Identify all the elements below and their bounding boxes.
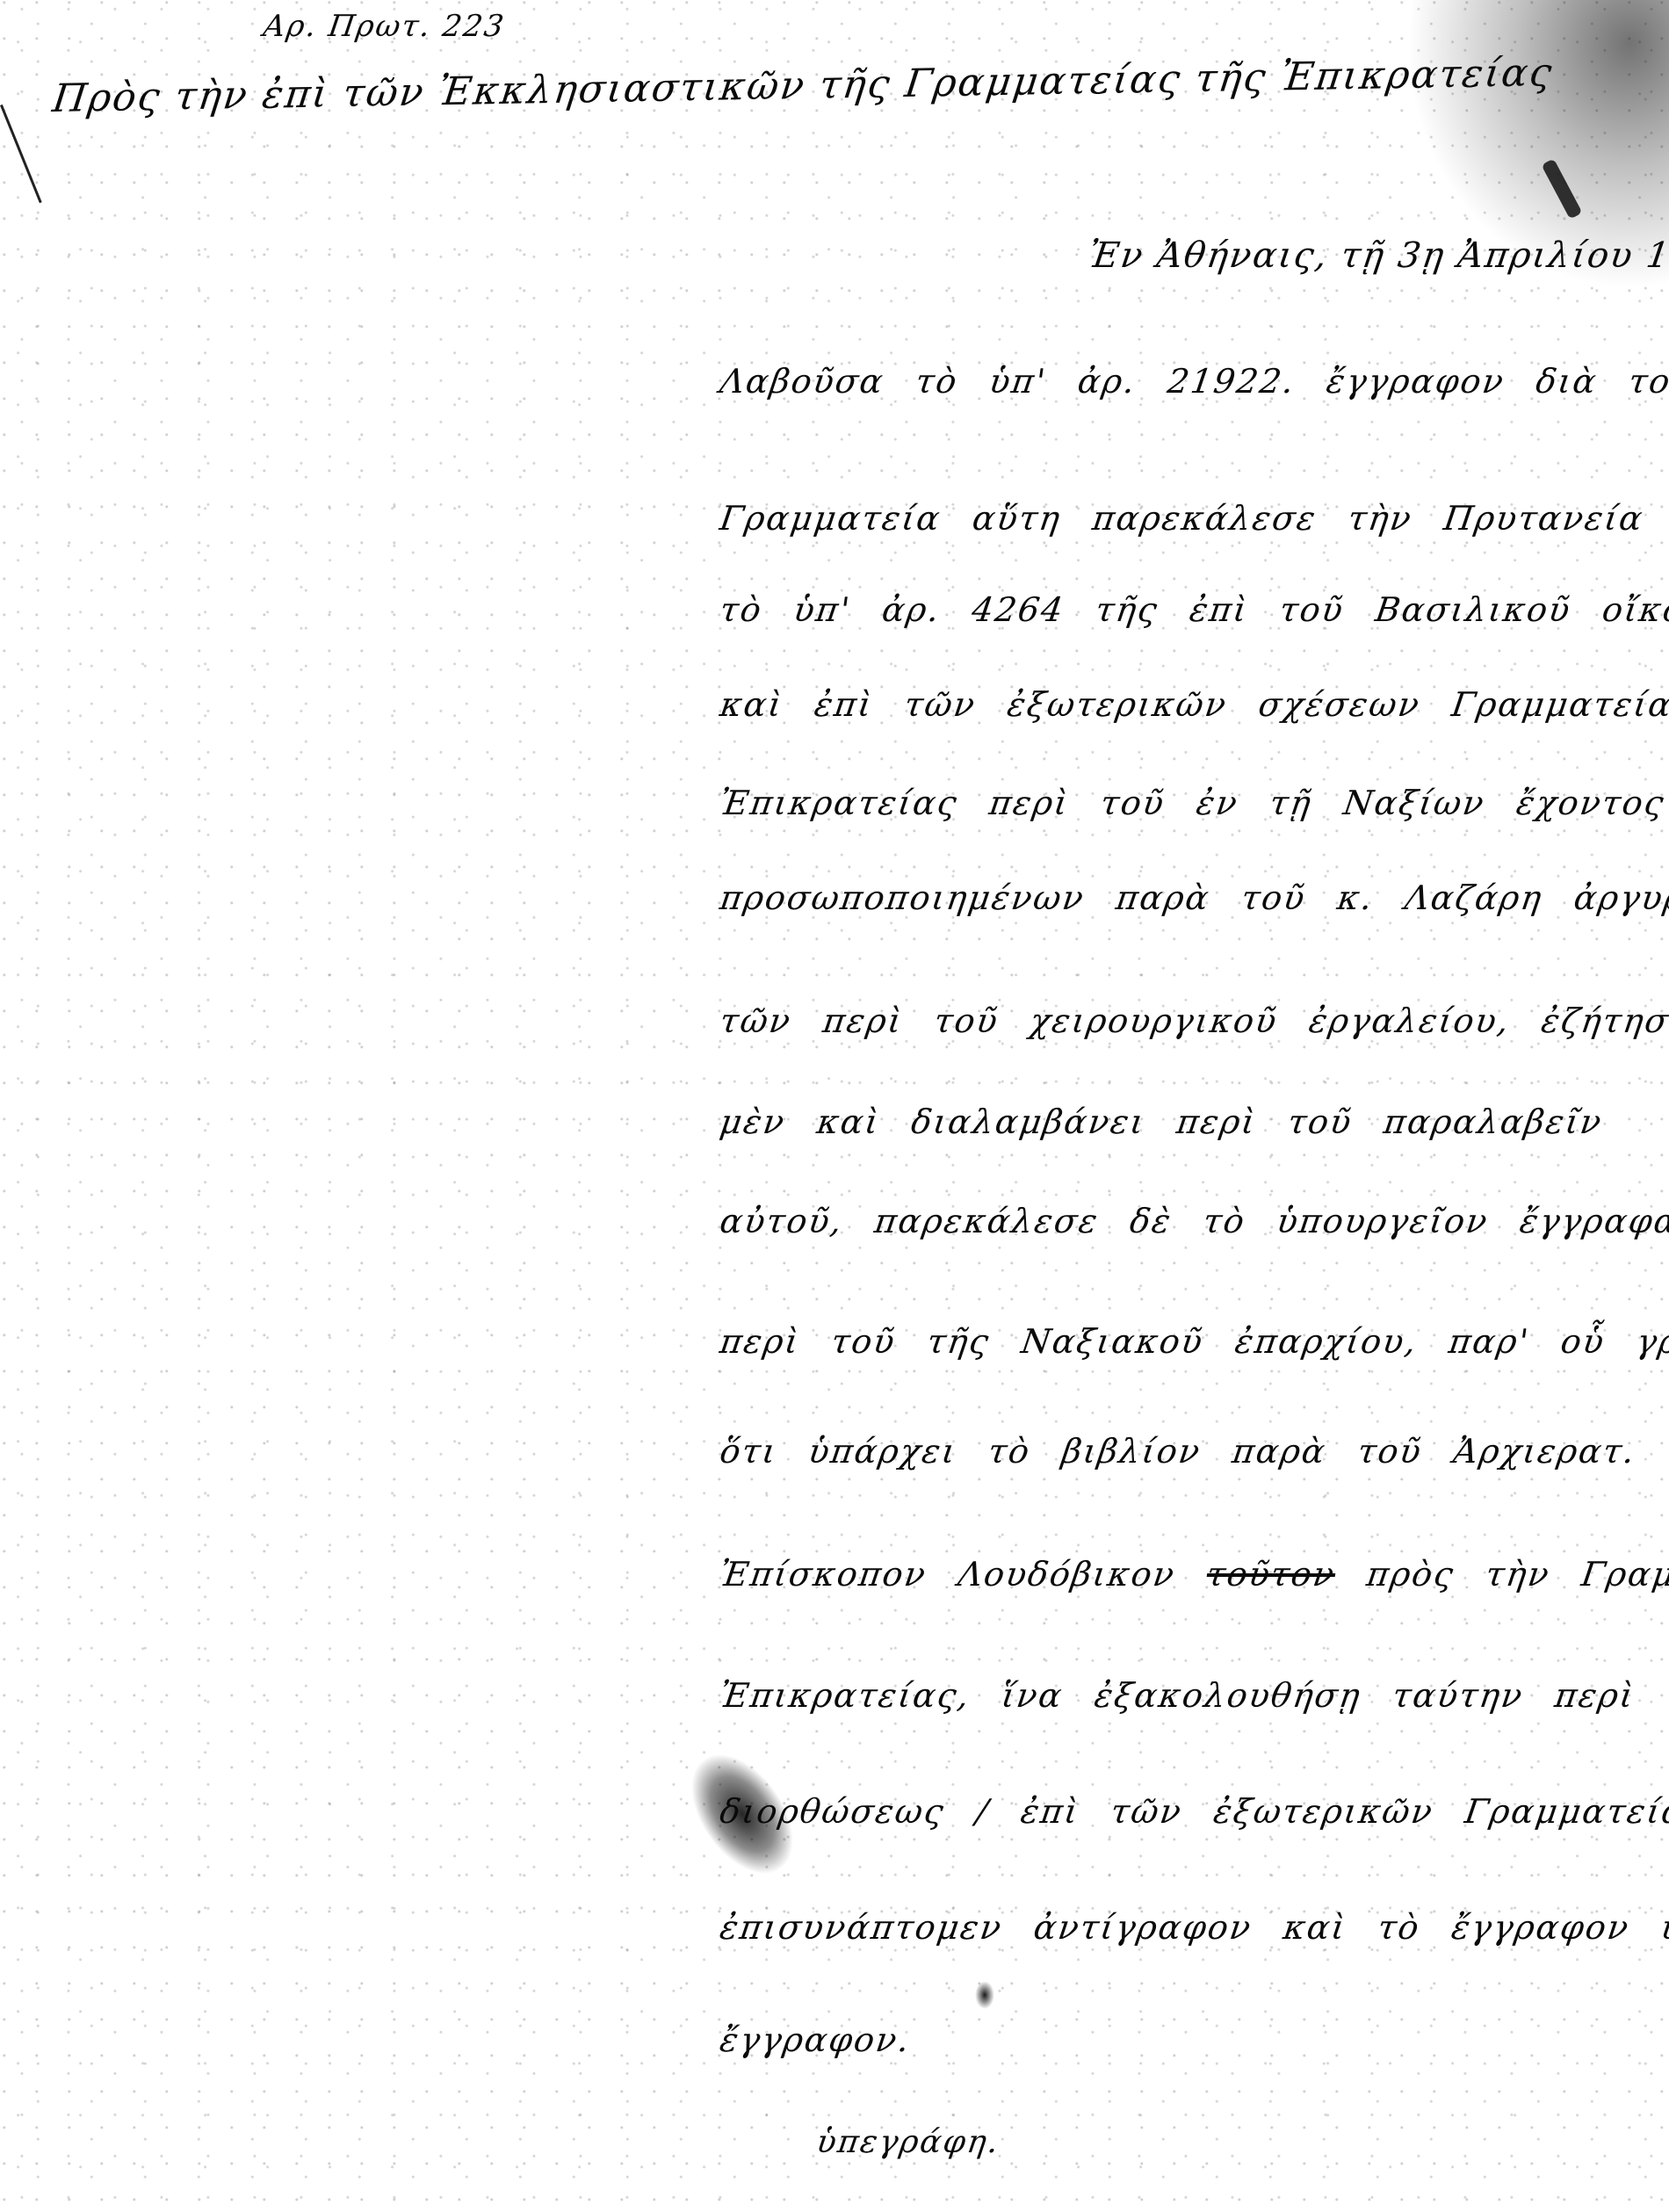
- body-line: τῶν περὶ τοῦ χειρουργικοῦ ἐργαλείου, ἐζή…: [718, 1001, 1669, 1040]
- body-line: ἐπισυνάπτομεν ἀντίγραφον καὶ τὸ ἔγγραφον…: [718, 1908, 1669, 1947]
- body-line: διορθώσεως / ἐπὶ τῶν ἐξωτερικῶν Γραμματε…: [718, 1792, 1669, 1831]
- ink-dot: [975, 1981, 994, 2009]
- dateline: Ἐν Ἀθήναις, τῇ 3ῃ Ἀπριλίου 1838.: [1087, 235, 1669, 276]
- body-line: καὶ ἐπὶ τῶν ἐξωτερικῶν σχέσεων Γραμματεί…: [718, 685, 1669, 724]
- reference-number: Αρ. Πρωτ. 223: [261, 9, 507, 44]
- body-line-text: Ἐπίσκοπον Λουδόβικον: [718, 1555, 1178, 1594]
- body-line: τὸ ὑπ' ἀρ. 4264 τῆς ἐπὶ τοῦ Βασιλικοῦ οἴ…: [718, 590, 1669, 629]
- body-line: Ἐπικρατείας περὶ τοῦ ἐν τῇ Ναξίων ἔχοντο…: [718, 784, 1667, 822]
- body-line-with-strikethrough: Ἐπίσκοπον Λουδόβικον τοῦτον πρὸς τὴν Γρα…: [718, 1555, 1669, 1594]
- struck-out-word: τοῦτον: [1204, 1555, 1338, 1594]
- letter-heading: Πρὸς τὴν ἐπὶ τῶν Ἐκκλησιαστικῶν τῆς Γραμ…: [50, 50, 1556, 121]
- body-line: αὐτοῦ, παρεκάλεσε δὲ τὸ ὑπουργεῖον ἔγγρα…: [718, 1202, 1669, 1240]
- closing-line: ἔγγραφον.: [718, 2020, 914, 2059]
- signature: ὑπεγράφη.: [814, 2124, 1002, 2160]
- body-line: Λαβοῦσα τὸ ὑπ' ἀρ. 21922. ἔγγραφον διὰ τ…: [718, 362, 1669, 401]
- body-line: Ἐπικρατείας, ἵνα ἐξακολουθήσῃ ταύτην περ…: [718, 1676, 1669, 1715]
- body-line-text: πρὸς τὴν Γραμματεία: [1364, 1555, 1669, 1594]
- body-line: ὅτι ὑπάρχει τὸ βιβλίον παρὰ τοῦ Ἀρχιερατ…: [718, 1432, 1638, 1471]
- body-line: Γραμματεία αὕτη παρεκάλεσε τὴν Πρυτανεία: [718, 499, 1646, 538]
- body-line: προσωποποιημένων παρὰ τοῦ κ. Λαζάρη ἀργυ…: [718, 878, 1669, 917]
- body-line: μὲν καὶ διαλαμβάνει περὶ τοῦ παραλαβεῖν: [718, 1102, 1606, 1141]
- margin-pen-stroke: [0, 105, 42, 203]
- body-line: περὶ τοῦ τῆς Ναξιακοῦ ἐπαρχίου, παρ' οὗ …: [718, 1322, 1669, 1361]
